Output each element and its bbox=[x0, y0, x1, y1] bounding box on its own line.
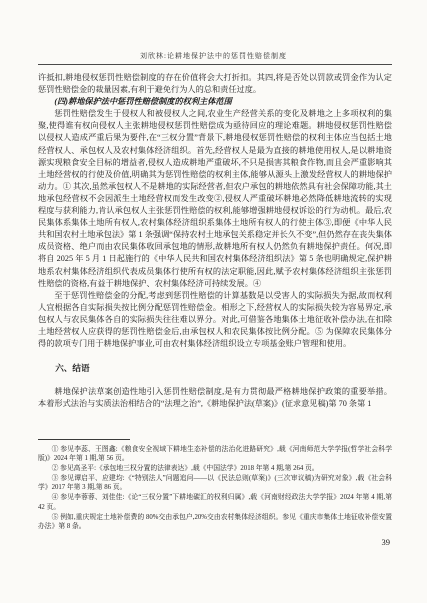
paragraph-rights-subjects: 惩罚性赔偿发生于侵权人和被侵权人之间,农业生产经营关系的变化及耕地之上多项权利的… bbox=[38, 108, 392, 289]
document-page: 刘欣林:论耕地保护法中的惩罚性赔偿制度 许抵扣,耕地侵权惩罚性赔偿制度的存在价值… bbox=[0, 0, 427, 603]
paragraph-conclusion: 耕地保护法草案创造性地引入惩罚性赔偿制度,是有力贯彻最严格耕地保护政策的重要举措… bbox=[38, 386, 392, 410]
paragraph-continuation: 许抵扣,耕地侵权惩罚性赔偿制度的存在价值将会大打折扣。其四,将是否处以罚款或罚金… bbox=[38, 72, 392, 96]
section-heading-conclusion: 六、结语 bbox=[38, 362, 392, 374]
paragraph-distribution: 至于惩罚性赔偿金的分配,考虑到惩罚性赔偿的计算基数是以受害人的实际损失为据,故而… bbox=[38, 290, 392, 350]
footnote-1: ① 参见李蕊、王图鑫:《粮食安全视域下耕地生态补偿的法治化进路研究》,载《河南师… bbox=[38, 445, 392, 464]
footnote-area: ① 参见李蕊、王图鑫:《粮食安全视域下耕地生态补偿的法治化进路研究》,载《河南师… bbox=[38, 439, 392, 547]
header-rule bbox=[38, 64, 392, 65]
footnote-5: ⑤ 例如,重庆规定土地补偿费的 80%交由承包户,20%交由农村集体经济组织。参… bbox=[38, 513, 392, 532]
page-number: 39 bbox=[38, 537, 392, 547]
article-body: 许抵扣,耕地侵权惩罚性赔偿制度的存在价值将会大打折扣。其四,将是否处以罚款或罚金… bbox=[38, 72, 392, 410]
footnote-2: ② 参见高圣平:《承包地三权分置的法律表达》,载《中国法学》2018 年第 4 … bbox=[38, 464, 392, 474]
footnote-separator bbox=[38, 439, 130, 440]
footnote-3: ③ 参见谭启平、应建均:《“特别法人”问题追问——以《民法总则(草案)》(三次审… bbox=[38, 474, 392, 493]
footnote-4: ④ 参见李蓉蓉、刘佳佳:《论“三权分置”下耕地碳汇的权利归属》,载《河南财经政法… bbox=[38, 493, 392, 512]
running-head: 刘欣林:论耕地保护法中的惩罚性赔偿制度 bbox=[0, 51, 427, 61]
subsection-heading-four: (四)耕地保护法中惩罚性赔偿制度的权利主体范围 bbox=[38, 96, 392, 108]
